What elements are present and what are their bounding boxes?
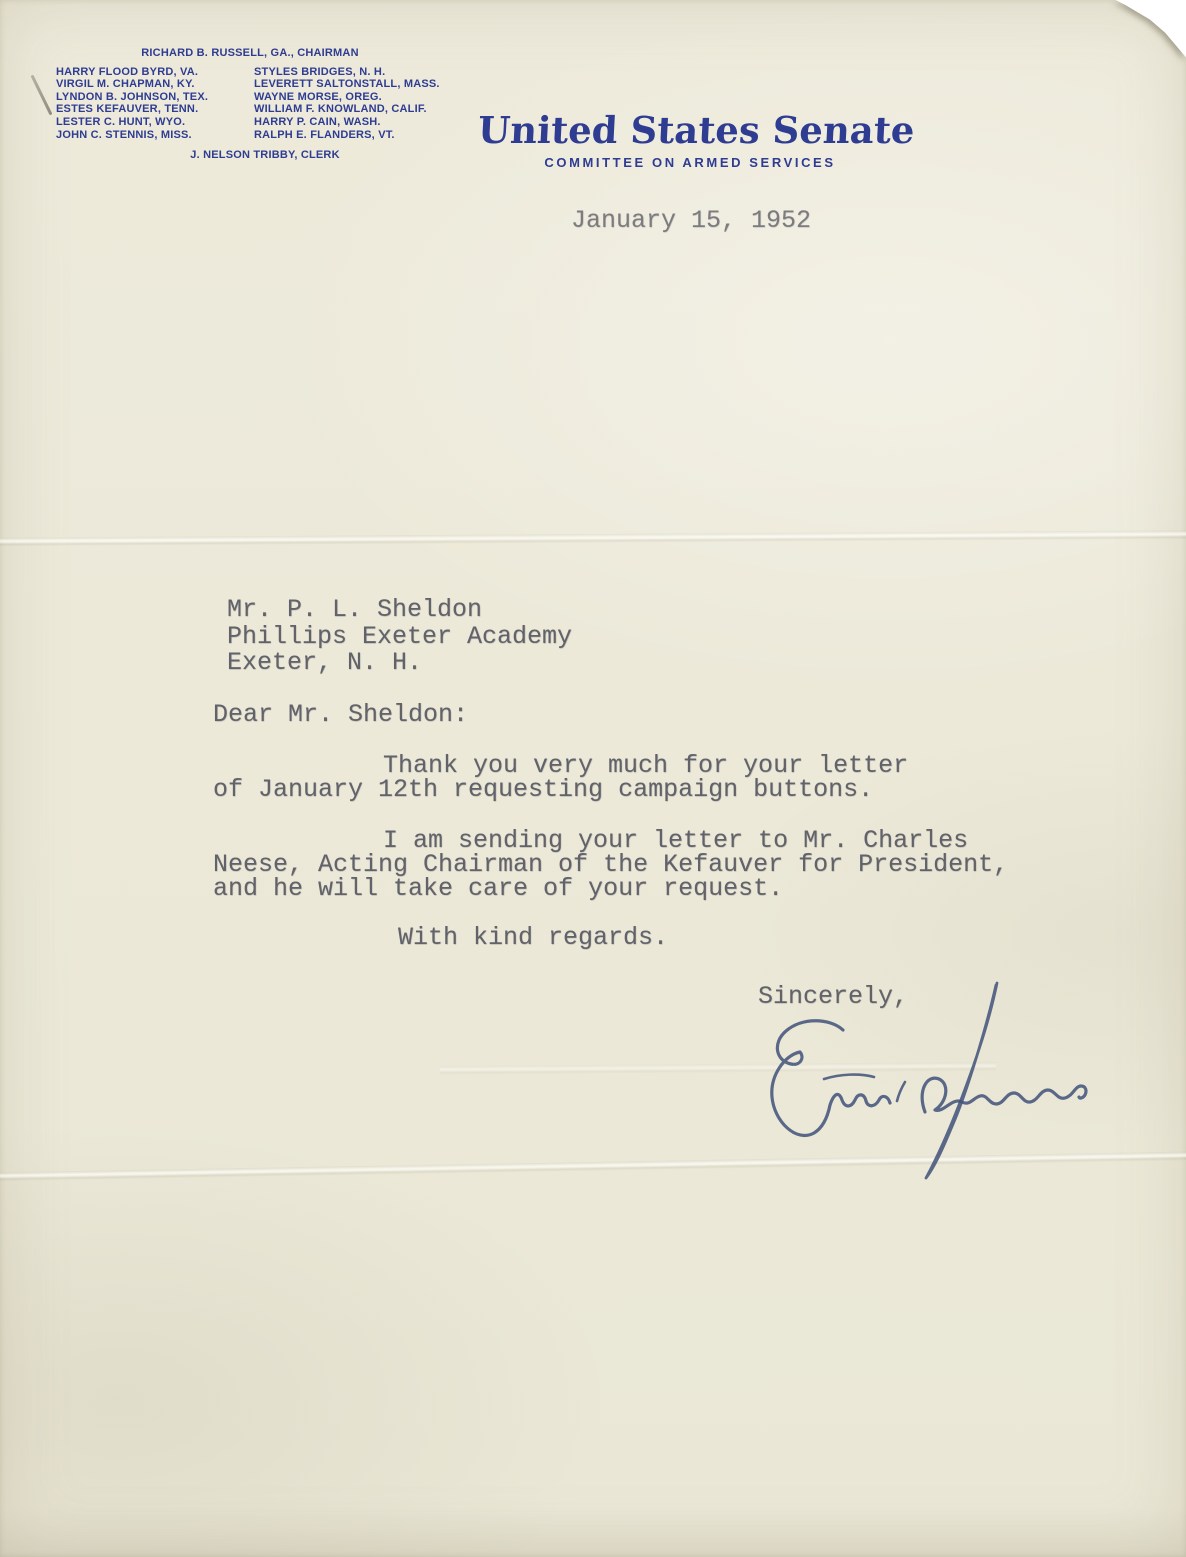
- scratch-mark: [31, 75, 53, 116]
- signature-svg: [730, 975, 1110, 1210]
- members-right-column: STYLES BRIDGES, N. H. LEVERETT SALTONSTA…: [254, 66, 440, 142]
- chairman-line: RICHARD B. RUSSELL, GA., CHAIRMAN: [56, 47, 444, 60]
- letterhead-roster: RICHARD B. RUSSELL, GA., CHAIRMAN HARRY …: [56, 47, 444, 162]
- signature-last-name: [922, 1078, 1086, 1112]
- scanned-letter-page: RICHARD B. RUSSELL, GA., CHAIRMAN HARRY …: [0, 0, 1186, 1557]
- body-paragraph-1: Thank you very much for your letter of J…: [213, 754, 1113, 802]
- senate-title: United States Senate: [477, 110, 903, 150]
- committee-subtitle: COMMITTEE ON ARMED SERVICES: [478, 155, 902, 170]
- signature-long-stroke: [926, 983, 997, 1178]
- bottom-edge-shading: [0, 1507, 1186, 1557]
- letterhead-title-block: United States Senate COMMITTEE ON ARMED …: [478, 110, 902, 170]
- signature-crossbar: [824, 1075, 874, 1079]
- body-paragraph-2: I am sending your letter to Mr. Charles …: [213, 829, 1113, 901]
- signature-tick: [897, 1082, 905, 1101]
- date-line: January 15, 1952: [571, 206, 811, 235]
- closing-line: With kind regards.: [213, 926, 1113, 950]
- members-left-column: HARRY FLOOD BYRD, VA. VIRGIL M. CHAPMAN,…: [56, 66, 254, 142]
- recipient-address: Mr. P. L. Sheldon Phillips Exeter Academ…: [227, 597, 572, 677]
- signature-handwriting: [730, 975, 1110, 1210]
- salutation-line: Dear Mr. Sheldon:: [213, 700, 468, 729]
- clerk-line: J. NELSON TRIBBY, CLERK: [86, 149, 444, 162]
- torn-corner: [1106, 0, 1186, 82]
- fold-crease-upper: [0, 530, 1186, 546]
